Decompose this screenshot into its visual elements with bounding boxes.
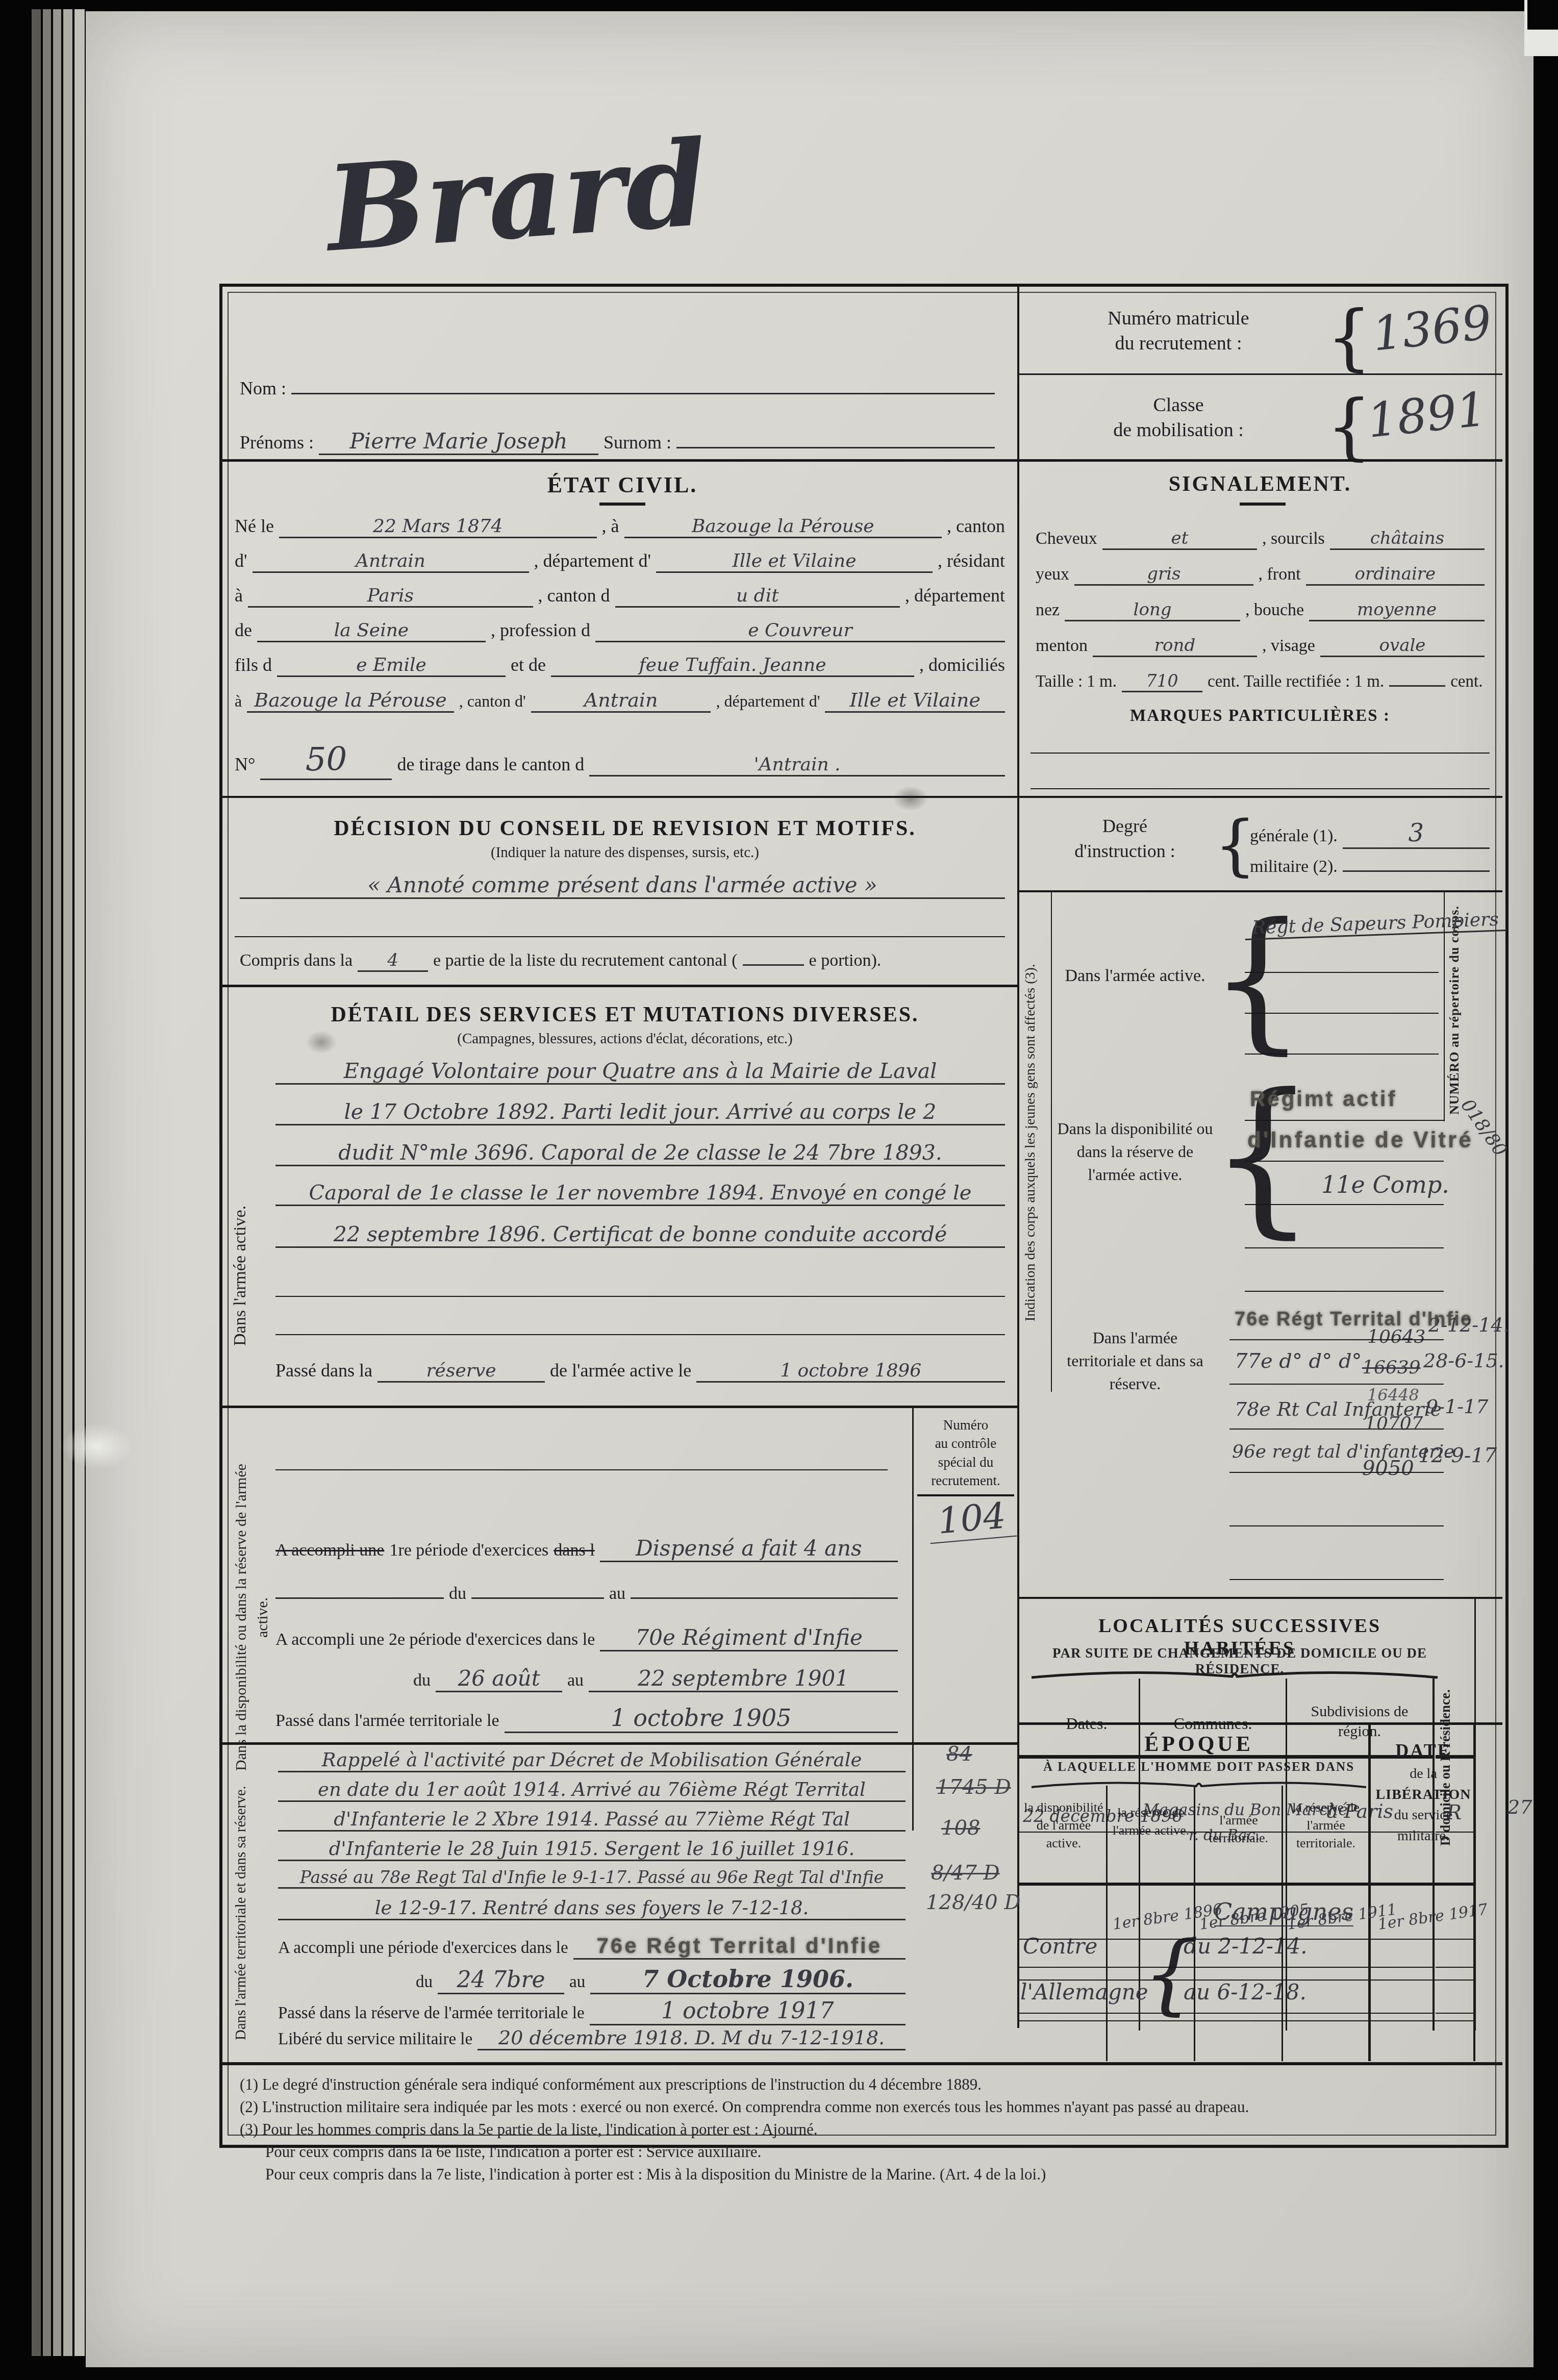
periode2-row: A accompli une 2e période d'exercices da… xyxy=(275,1625,898,1651)
book-edge-strip xyxy=(74,9,85,2356)
margin-number: 84 xyxy=(946,1742,972,1766)
degre-generale-value: 3 xyxy=(1343,819,1490,849)
blank-line xyxy=(1343,870,1490,872)
nom-row: Nom : xyxy=(240,378,995,399)
terr-row-num: 10707 xyxy=(1365,1413,1423,1434)
mobilisation-entry: en date du 1er août 1914. Arrivé au 76iè… xyxy=(278,1778,906,1802)
epoque-subtitle: À LAQUELLE L'HOMME DOIT PASSER DANS xyxy=(1031,1760,1367,1774)
etat-civil-line: à Bazouge la Pérouse , canton d' Antrain… xyxy=(235,689,1005,713)
label: Compris dans la xyxy=(240,951,353,970)
signalement-title: SIGNALEMENT. xyxy=(1112,472,1408,496)
parents-departement: Ille et Vilaine xyxy=(825,689,1005,713)
label: du xyxy=(413,1671,431,1690)
book-edge-strip xyxy=(53,9,61,2356)
label: du xyxy=(416,1973,433,1992)
blank-line xyxy=(471,1597,604,1599)
taille-value: 710 xyxy=(1122,671,1202,692)
tirage-canton: 'Antrain . xyxy=(589,754,1005,776)
reserve-word: réserve xyxy=(378,1360,545,1383)
label: cent. Taille rectifiée : 1 m. xyxy=(1208,672,1384,691)
blank-line xyxy=(1389,685,1445,687)
campagnes-left-2: l'Allemagne xyxy=(1020,1980,1148,2005)
label: A accompli une période d'exercices dans … xyxy=(278,1939,568,1958)
periode1-value: Dispensé a fait 4 ans xyxy=(600,1536,898,1562)
footnote-5: Pour ceux compris dans la 7e liste, l'in… xyxy=(265,2165,1474,2184)
footnote-1: (1) Le degré d'instruction générale sera… xyxy=(240,2075,1474,2094)
rule xyxy=(1240,503,1286,506)
margin-number: 108 xyxy=(941,1816,980,1840)
matricule-label: Numéro matriculedu recrutement : xyxy=(1036,306,1321,357)
regiment-stamp: 76e Régt Territal d'Infie xyxy=(573,1934,906,1960)
terr-row-num: 9050 xyxy=(1362,1457,1414,1480)
margin-number: 1745 D xyxy=(936,1775,1011,1799)
label: , canton d' xyxy=(459,692,526,711)
liberation-row: Libéré du service militaire le 20 décemb… xyxy=(278,2026,906,2050)
label: , front xyxy=(1259,565,1301,584)
label: d' xyxy=(235,550,247,571)
exercices-dates-row: du 24 7bre au 7 Octobre 1906. xyxy=(278,1965,906,1994)
signalement-row: Cheveux et , sourcils châtains xyxy=(1036,528,1485,550)
label: et dans sa réserve. xyxy=(233,1786,249,1894)
portion-line xyxy=(743,964,804,966)
label: 1re période d'exercices xyxy=(389,1541,548,1560)
compris-row: Compris dans la 4 e partie de la liste d… xyxy=(240,950,1005,972)
label: , domiciliés xyxy=(919,654,1005,675)
margin-number: 128/40 D xyxy=(926,1891,1021,1914)
mother-name: feue Tuffain. Jeanne xyxy=(551,655,914,677)
book-edge-strip xyxy=(63,9,72,2356)
tirage-row: N° 50 de tirage dans le canton d 'Antrai… xyxy=(235,741,1005,780)
birth-canton: Antrain xyxy=(253,550,529,573)
label: , département d' xyxy=(534,550,651,571)
sourcils-value: châtains xyxy=(1330,528,1485,550)
mobilisation-entry: le 12-9-17. Rentré dans ses foyers le 7-… xyxy=(278,1897,906,1920)
label: menton xyxy=(1036,636,1088,656)
epoque-title: ÉPOQUE xyxy=(1092,1732,1306,1757)
regiment-stamp-line1: Régimt actif xyxy=(1250,1087,1397,1111)
label: nez xyxy=(1036,600,1060,620)
cheveux-value: et xyxy=(1102,528,1257,550)
parents-canton: Antrain xyxy=(531,689,711,713)
label-struck: A accompli une xyxy=(275,1541,384,1560)
mobilisation-entry: Rappelé à l'activité par Décret de Mobil… xyxy=(278,1749,906,1772)
liste-partie: 4 xyxy=(358,950,428,972)
periode2-start: 26 août xyxy=(436,1666,562,1692)
signalement-row: yeux gris , front ordinaire xyxy=(1036,564,1485,586)
label: cent. xyxy=(1450,672,1482,691)
label: Passé dans la xyxy=(275,1360,372,1381)
label: de l'armée active le xyxy=(550,1360,691,1381)
footnote-2: (2) L'instruction militaire sera indiqué… xyxy=(240,2098,1490,2116)
periode1-row: A accompli une 1re période d'exercices d… xyxy=(275,1536,898,1562)
label: , visage xyxy=(1262,636,1315,656)
label: , bouche xyxy=(1245,600,1304,620)
armee-active-label: Dans l'armée active. xyxy=(1059,964,1212,988)
label: A accompli une 2e période d'exercices da… xyxy=(275,1630,595,1649)
col-subdivisions: Subdivisions de région. xyxy=(1293,1701,1426,1741)
prenoms-label: Prénoms : xyxy=(240,432,314,453)
exercice-start: 24 7bre xyxy=(438,1967,564,1994)
terr-row-date: 9-1-17 xyxy=(1426,1395,1488,1418)
terr-row-num: 10643 xyxy=(1367,1326,1426,1347)
passe-reserve-row: Passé dans la réserve de l'armée active … xyxy=(275,1360,1005,1383)
service-line: 22 septembre 1896. Certificat de bonne c… xyxy=(275,1222,1005,1248)
degre-generale-row: générale (1). 3 xyxy=(1250,819,1490,849)
label: au xyxy=(569,1973,585,1992)
terr-row-date: 28-6-15. xyxy=(1423,1349,1504,1372)
label: et de xyxy=(511,654,546,675)
corps-side-label: Indication des corps auxquels les jeunes… xyxy=(1022,898,1039,1388)
label: , profession d xyxy=(491,619,590,641)
menton-value: rond xyxy=(1093,635,1257,657)
book-edge-strip xyxy=(32,9,41,2356)
label: Né le xyxy=(235,515,274,537)
terr-row-num-struck: 16639 xyxy=(1362,1357,1421,1378)
label: , résidant xyxy=(938,550,1005,571)
label: militaire (2). xyxy=(1250,857,1338,876)
label: au xyxy=(567,1671,584,1690)
passe-territoriale-row: Passé dans l'armée territoriale le 1 oct… xyxy=(275,1704,898,1733)
degre-militaire-row: militaire (2). xyxy=(1250,857,1490,876)
label: , canton xyxy=(947,515,1005,537)
etat-civil-line: Né le 22 Mars 1874 , à Bazouge la Pérous… xyxy=(235,515,1005,538)
etat-civil-line: fils d e Emile et de feue Tuffain. Jeann… xyxy=(235,654,1005,677)
campagnes-du: du 2-12-14. xyxy=(1184,1934,1308,1959)
residence-canton: u dit xyxy=(615,585,900,608)
label: de tirage dans le canton d xyxy=(397,754,584,775)
front-value: ordinaire xyxy=(1306,564,1485,586)
scan-corner-black-mark xyxy=(1527,0,1558,30)
label: Passé dans la réserve de l'armée territo… xyxy=(278,2004,585,2023)
epoque-col-4: la réserve de l'armée territoriale. xyxy=(1286,1798,1366,1852)
etat-civil-title: ÉTAT CIVIL. xyxy=(459,472,786,498)
surnom-label: Surnom : xyxy=(604,432,671,453)
mobilisation-line: en date du 1er août 1914. Arrivé au 76iè… xyxy=(278,1778,906,1802)
terr-corps-label: Dans l'armée territoriale et dans sa rés… xyxy=(1059,1326,1212,1395)
service-line: Caporal de 1e classe le 1er novembre 189… xyxy=(275,1181,1005,1206)
rule xyxy=(599,503,645,506)
terr-row-name: 77e d° d° d° xyxy=(1235,1349,1362,1373)
classe-label: Classede mobilisation : xyxy=(1036,393,1321,443)
signalement-row: menton rond , visage ovale xyxy=(1036,635,1485,657)
decision-value: « Annoté comme présent dans l'armée acti… xyxy=(240,872,1005,899)
profession: e Couvreur xyxy=(595,620,1005,642)
label: , canton d xyxy=(538,585,610,606)
margin-number: 8/47 D xyxy=(931,1861,1000,1885)
mobilisation-line: le 12-9-17. Rentré dans ses foyers le 7-… xyxy=(278,1897,906,1920)
service-line: dudit N°mle 3696. Caporal de 2e classe l… xyxy=(275,1140,1005,1166)
terr-row-date: 12-9-17 xyxy=(1418,1444,1497,1467)
dispo-corps-label: Dans la disponibilité ou dans la réserve… xyxy=(1056,1117,1214,1186)
residence-city: Paris xyxy=(248,585,533,608)
label: à xyxy=(235,692,242,711)
campagnes-left-1: Contre xyxy=(1023,1934,1097,1959)
marques-title: MARQUES PARTICULIÈRES : xyxy=(1087,707,1434,725)
epoque-col-1: la disponibilité de l'armée active. xyxy=(1023,1798,1104,1852)
controle-special-value: 104 xyxy=(927,1494,1017,1544)
service-entry: le 17 Octobre 1892. Parti ledit jour. Ar… xyxy=(275,1099,1005,1125)
epoque-col-2: la réserve de l'armée active. xyxy=(1110,1803,1192,1839)
mobilisation-line: d'Infanterie le 2 Xbre 1914. Passé au 77… xyxy=(278,1808,906,1832)
label: , sourcils xyxy=(1262,529,1325,548)
etat-civil-line: à Paris , canton d u dit , département xyxy=(235,585,1005,608)
residence-departement: la Seine xyxy=(257,620,486,642)
footnote-3: (3) Pour les hommes compris dans la 5e p… xyxy=(240,2120,1474,2139)
exercices-territoriale-row: A accompli une période d'exercices dans … xyxy=(278,1934,906,1960)
territoriale-side-label: Dans l'armée territoriale et dans sa rés… xyxy=(231,1770,273,2056)
compagnie-value: 11e Comp. xyxy=(1321,1171,1449,1198)
label: Cheveux xyxy=(1036,529,1097,548)
footnote-4: Pour ceux compris dans la 6e liste, l'in… xyxy=(265,2143,1474,2161)
etat-civil-line: de la Seine , profession d e Couvreur xyxy=(235,619,1005,642)
prenoms-row: Prénoms : Pierre Marie Joseph Surnom : xyxy=(240,429,995,455)
father-name: e Emile xyxy=(277,655,506,677)
periode2-dates-row: du 26 août au 22 septembre 1901 xyxy=(275,1666,898,1692)
label: , département d' xyxy=(716,692,820,711)
mobilisation-line: Passé au 78e Regt Tal d'Infie le 9-1-17.… xyxy=(278,1867,906,1889)
brace-decoration xyxy=(1031,1667,1439,1683)
campagnes-au: au 6-12-18. xyxy=(1184,1980,1306,2005)
degre-label: Degréd'instruction : xyxy=(1041,814,1209,863)
label: à xyxy=(235,585,243,606)
label-struck: dans l xyxy=(554,1541,594,1560)
label: Dans la disponibilité xyxy=(233,1644,249,1771)
exercice-end: 7 Octobre 1906. xyxy=(590,1965,906,1994)
label: , département xyxy=(905,585,1005,606)
label: yeux xyxy=(1036,565,1069,584)
services-subtitle: (Campagnes, blessures, actions d'éclat, … xyxy=(286,1031,964,1047)
label: , à xyxy=(602,515,619,537)
mobilisation-line: Rappelé à l'activité par Décret de Mobil… xyxy=(278,1749,906,1772)
etat-civil-line: d' Antrain , département d' Ille et Vila… xyxy=(235,550,1005,573)
label: au xyxy=(609,1584,625,1604)
surnom-line xyxy=(676,447,995,448)
birth-date: 22 Mars 1874 xyxy=(279,516,597,538)
corps-active-row: Régt de Sapeurs Pompiers xyxy=(1245,913,1439,936)
taille-row: Taille : 1 m. 710 cent. Taille rectifiée… xyxy=(1036,671,1485,692)
yeux-value: gris xyxy=(1074,564,1253,586)
periode1-dates-row: du au xyxy=(275,1584,898,1604)
reserve-date: 1 octobre 1896 xyxy=(696,1360,1005,1383)
services-title: DÉTAIL DES SERVICES ET MUTATIONS DIVERSE… xyxy=(286,1003,964,1027)
reserve-territoriale-row: Passé dans la réserve de l'armée territo… xyxy=(278,1998,906,2025)
label: ou dans la réserve de l'armée active. xyxy=(233,1464,271,1640)
birth-departement: Ille et Vilaine xyxy=(656,550,933,573)
scanned-register-page: Brard Nom : Prénoms : Pierre Marie Josep… xyxy=(0,0,1558,2380)
brace-decoration xyxy=(1031,1778,1367,1791)
parents-domicile: Bazouge la Pérouse xyxy=(247,689,454,713)
epoque-col-3: l'armée territoriale. xyxy=(1198,1811,1279,1847)
armee-active-side-label: Dans l'armée active. xyxy=(231,1082,250,1469)
nez-value: long xyxy=(1065,599,1240,621)
label: générale (1). xyxy=(1250,826,1338,846)
page-margin-note: 27 xyxy=(1507,1796,1532,1818)
territoriale-date: 1 octobre 1905 xyxy=(505,1704,898,1733)
birth-place: Bazouge la Pérouse xyxy=(624,516,942,538)
label: Libéré du service militaire le xyxy=(278,2030,472,2049)
controle-special-label: Numéroau contrôle spécial durecrutement. xyxy=(917,1416,1014,1496)
label: fils d xyxy=(235,654,272,675)
regiment-stamp-line2: d'Infantie de Vitré xyxy=(1247,1128,1473,1153)
disponibilite-side-label: Dans la disponibilité ou dans la réserve… xyxy=(231,1444,273,1791)
service-entry: 22 septembre 1896. Certificat de bonne c… xyxy=(275,1222,1005,1248)
service-entry: Caporal de 1e classe le 1er novembre 189… xyxy=(275,1181,1005,1206)
service-entry: dudit N°mle 3696. Caporal de 2e classe l… xyxy=(275,1140,1005,1166)
blank-line xyxy=(631,1597,898,1599)
label: Taille : 1 m. xyxy=(1036,672,1117,691)
mobilisation-entry: d'Infanterie le 2 Xbre 1914. Passé au 77… xyxy=(278,1808,906,1832)
matricule-brace: { xyxy=(1326,296,1372,379)
signalement-row: nez long , bouche moyenne xyxy=(1036,599,1485,621)
label: de xyxy=(235,619,252,641)
reserve-territoriale-date: 1 octobre 1917 xyxy=(590,1998,906,2025)
decision-value-row: « Annoté comme présent dans l'armée acti… xyxy=(240,872,1005,899)
tirage-number: 50 xyxy=(260,741,392,780)
terr-row-date: 2-12-14. xyxy=(1428,1314,1510,1336)
service-line: Engagé Volontaire pour Quatre ans à la M… xyxy=(275,1059,1005,1085)
surname-handwritten: Brard xyxy=(322,114,712,278)
mobilisation-entry: d'Infanterie le 28 Juin 1915. Sergent le… xyxy=(278,1838,906,1861)
decision-title: DÉCISION DU CONSEIL DE REVISION ET MOTIF… xyxy=(286,816,964,841)
label: Dans l'armée territoriale xyxy=(233,1897,249,2041)
blank-line xyxy=(275,1597,444,1599)
date-liberation-header: DATE de la LIBÉRATION du service militai… xyxy=(1375,1737,1472,1847)
label: du xyxy=(449,1584,466,1604)
mobilisation-entry: Passé au 78e Regt Tal d'Infie le 9-1-17.… xyxy=(278,1867,906,1889)
label: e partie de la liste du recrutement cant… xyxy=(433,951,738,970)
service-line: le 17 Octobre 1892. Parti ledit jour. Ar… xyxy=(275,1099,1005,1125)
liberation-date: 20 décembre 1918. D. M du 7-12-1918. xyxy=(478,2026,906,2050)
book-edge-strip xyxy=(43,9,51,2356)
label: e portion). xyxy=(809,951,882,970)
visage-value: ovale xyxy=(1320,635,1485,657)
prenoms-value: Pierre Marie Joseph xyxy=(319,429,598,455)
mobilisation-line: d'Infanterie le 28 Juin 1915. Sergent le… xyxy=(278,1838,906,1861)
decision-subtitle: (Indiquer la nature des dispenses, sursi… xyxy=(286,844,964,861)
bouche-value: moyenne xyxy=(1309,599,1485,621)
nom-line xyxy=(291,393,995,394)
label: N° xyxy=(235,754,255,775)
periode2-corps: 70e Régiment d'Infie xyxy=(600,1625,898,1651)
periode2-end: 22 septembre 1901 xyxy=(589,1666,898,1692)
nom-label: Nom : xyxy=(240,378,286,399)
service-entry: Engagé Volontaire pour Quatre ans à la M… xyxy=(275,1059,1005,1085)
label: Passé dans l'armée territoriale le xyxy=(275,1711,499,1731)
